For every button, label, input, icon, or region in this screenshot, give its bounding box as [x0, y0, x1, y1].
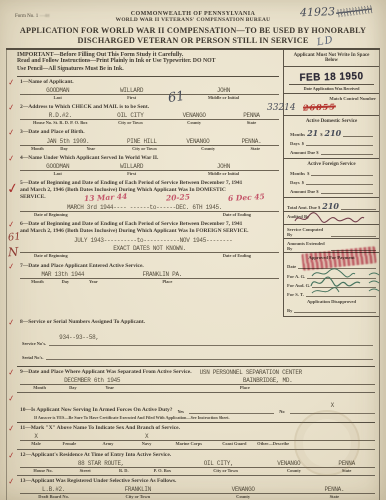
field-label: Male: [22, 441, 50, 447]
domestic-dates-value: MARCH 3rd 1944---- ------to------DEC. 6T…: [67, 204, 222, 211]
last-name-value: GOODMAN: [22, 87, 93, 94]
domestic-months-row: Months 21 $ 210: [287, 125, 376, 138]
section-title: 3—Date and Place of Birth.: [20, 129, 279, 136]
field-label: Date of Beginning: [34, 212, 68, 218]
birth-state-value: PENNA.: [226, 138, 277, 145]
domestic-service-header: Active Domestic Service: [287, 118, 376, 125]
field-label: Month: [22, 385, 57, 391]
dollar-sign: $: [302, 180, 304, 185]
field-label: Army: [89, 441, 128, 447]
birth-date-value: JAN 5th 1909.: [22, 138, 114, 145]
date-received-box: FEB 18 1950 Date Application Was Receive…: [284, 67, 379, 94]
service-number-value: 934--93--58,: [59, 334, 99, 341]
first-name-value: WILLARD: [93, 87, 170, 94]
field-label: Day: [57, 385, 89, 391]
serial-nos-label: Serial No's.: [22, 355, 43, 360]
no-write-notice: Applicant Must Not Write In Space Below: [284, 50, 379, 67]
field-label: Marine Corps: [166, 441, 212, 447]
handwritten-margin-61: 61: [7, 232, 21, 244]
by-label: By: [287, 308, 292, 313]
handwritten-margin-mark: N: [8, 245, 19, 260]
blank-line: [307, 273, 376, 279]
section-title: 4—Name Under Which Applicant Served In W…: [20, 155, 279, 162]
foreign-amount-row: Amount Due $: [287, 186, 376, 195]
field-label: City or Town: [106, 146, 183, 152]
draft-board-value: L.B.#2.: [22, 486, 85, 493]
field-label: P. O. Box: [141, 468, 183, 474]
audited-by-label: Audited By: [287, 214, 376, 220]
handwritten-initials: LD: [316, 34, 334, 48]
separation-line: DECEMBER 6th 1945 BAINBRIDGE, MD.: [20, 376, 375, 385]
entry-line: MAR 13th 1944 FRANKLIN PA.: [20, 270, 279, 279]
male-x-mark: X: [22, 433, 50, 440]
field-label: Middle or Initial: [170, 95, 277, 101]
for-aud-row: For Aud. G.: [284, 280, 379, 289]
red-checkmark: ✓: [7, 220, 15, 230]
match-control-box: 33214 Match Control Number 26855: [284, 94, 379, 116]
separation-date-value: DECEMBER 6th 1945: [22, 377, 162, 384]
amounts-extended-label: Amounts Extended By: [287, 241, 329, 251]
city-value: FRANKLIN: [85, 486, 190, 493]
section-title: 13—Applicant Was Registered Under Select…: [20, 478, 375, 485]
disapproved-header: Application Disapproved: [284, 298, 379, 305]
field-label: City or Town: [99, 120, 163, 126]
red-checkmark: ✓: [7, 153, 15, 163]
for-ag-label: For A. G.: [287, 274, 305, 279]
for-ag-row: For A. G.: [284, 271, 379, 280]
approved-for-payment-header: Approved For Payment: [284, 253, 379, 261]
field-label: Month: [22, 146, 53, 152]
crossed-out-scribble: [336, 5, 373, 17]
field-label: Date of Ending: [223, 212, 251, 218]
service-computed-row: Service Computed By: [284, 225, 379, 239]
section-3-birth: ✓ 3—Date and Place of Birth. JAN 5th 190…: [17, 127, 279, 152]
dollar-sign: $: [307, 171, 309, 176]
section-title: 10—Is Applicant Now Serving In Armed For…: [20, 407, 173, 414]
section-5-domestic-service: ✓ 5—Date of Beginning and Date of Ending…: [17, 178, 279, 219]
write-line: [46, 353, 373, 360]
section-7-entered-service: ✓ 7—Date and Place Applicant Entered Act…: [17, 261, 279, 286]
county-value: VENANGO: [190, 486, 295, 493]
red-checkmark: ✓: [7, 317, 15, 327]
yes-label: Yes: [178, 409, 184, 414]
birth-city-value: PINE HILL: [114, 138, 170, 145]
handwritten-match-number: 33214: [267, 103, 296, 113]
field-label: Coast Guard: [212, 441, 258, 447]
exact-dates-note: EXACT DATES NOT KNOWN.: [113, 245, 186, 252]
for-st-row: For S. T.: [284, 289, 379, 298]
first-name-value: WILLARD: [93, 163, 170, 170]
blank-line: [306, 291, 376, 297]
dollar-sign: $: [320, 132, 322, 137]
field-label: Year: [89, 385, 131, 391]
date-label: Date: [287, 264, 296, 269]
no-label: No: [279, 409, 284, 414]
section-title-line3: SERVICE.: [20, 194, 46, 201]
birth-county-value: VENANGO: [170, 138, 226, 145]
handwritten-note: 20-25: [166, 193, 190, 204]
blank-line: [321, 149, 373, 155]
field-label: Draft Board No.: [22, 494, 85, 500]
field-label: Female: [50, 441, 89, 447]
service-computed-label: Service Computed By: [287, 227, 329, 237]
field-label: State: [296, 494, 373, 500]
rule: [289, 84, 374, 85]
serial-numbers-line: Serial No's.: [20, 350, 375, 360]
months-label: Months: [290, 171, 305, 176]
no-x-mark: X: [331, 402, 334, 409]
name-line: GOODMAN WILLARD JOHN 61: [20, 86, 279, 95]
red-checkmark: ✓: [7, 476, 15, 486]
dollar-sign: $: [302, 141, 304, 146]
middle-name-value: JOHN: [170, 163, 277, 170]
domestic-service-box: Active Domestic Service Months 21 $ 210 …: [284, 116, 379, 159]
field-label: State: [226, 120, 277, 126]
blank-line: [321, 188, 373, 194]
months-value: 21: [307, 128, 318, 138]
county-value: VENANGO: [162, 112, 226, 119]
blank-line: [312, 282, 376, 288]
days-label: Days: [290, 180, 300, 185]
red-checkmark: ✓: [7, 450, 15, 460]
field-label: Last: [22, 171, 93, 177]
blank-line: [306, 140, 373, 146]
service-numbers-line: Service No's. 934--93--58,: [20, 326, 375, 346]
service-name-line: GOODMAN WILLARD JOHN: [20, 162, 279, 171]
section-title: 2—Address to Which CHECK and MAIL is to …: [20, 104, 279, 111]
birth-line: JAN 5th 1909. PINE HILL VENANGO PENNA.: [20, 137, 279, 146]
foreign-service-header: Active Foreign Service: [287, 161, 376, 168]
red-checkmark: ✓: [7, 103, 15, 113]
section-4-service-name: ✓ 4—Name Under Which Applicant Served In…: [17, 153, 279, 178]
field-label: Place: [109, 279, 226, 285]
field-label: City or Town: [183, 468, 267, 474]
crossed-out-number: 26855: [303, 102, 336, 113]
foreign-months-row: Months $: [287, 168, 376, 177]
separation-place-line2: BAINBRIDGE, MD.: [162, 377, 373, 384]
state-value: PENNA.: [296, 486, 373, 493]
foreign-service-box: Active Foreign Service Months $ Days $ A…: [284, 159, 379, 198]
separation-place-line1: USN PERSONNEL SEPARATION CENTER: [200, 369, 302, 376]
navy-x-mark: X: [127, 433, 166, 440]
draft-board-line: L.B.#2. FRANKLIN VENANGO PENNA.: [20, 485, 375, 494]
months-label: Months: [290, 132, 305, 137]
applicant-column: IMPORTANT—Before Filling Out This Form S…: [7, 50, 284, 316]
domestic-amount-row: Amount Due $: [287, 147, 376, 156]
section-title: 8—Service or Serial Numbers Assigned To …: [20, 319, 375, 326]
foreign-dates-value: JULY 1943----------to-----------NOV 1945…: [74, 237, 232, 244]
field-label: State: [234, 146, 277, 152]
field-label: Date of Ending: [223, 253, 251, 259]
for-aud-label: For Aud. G.: [287, 283, 310, 288]
field-label: First: [93, 95, 170, 101]
total-due-label: Total Amt. Due $: [287, 205, 320, 210]
field-label: County: [162, 120, 226, 126]
field-label: Last: [22, 95, 93, 101]
section-9-separation: ✓ 9—Date and Place Where Applicant Was S…: [17, 366, 375, 392]
section-8-serial-numbers: ✓ 8—Service or Serial Numbers Assigned T…: [17, 317, 375, 361]
amount-value: 210: [325, 128, 342, 138]
blank-line: [343, 131, 373, 137]
field-label: First: [93, 171, 170, 177]
domestic-days-row: Days $: [287, 138, 376, 147]
field-label: Year: [78, 279, 109, 285]
field-label: Street: [64, 468, 106, 474]
audited-by-row: Audited By: [284, 212, 379, 225]
entry-place-value: FRANKLIN PA.: [104, 271, 221, 278]
field-label: County: [183, 146, 234, 152]
street-value: 88 STAR ROUTE,: [22, 460, 180, 467]
form-print-code: —48: [39, 14, 49, 19]
city-value: OIL CITY,: [180, 460, 257, 467]
write-line: 934--93--58,: [49, 327, 373, 346]
field-label: House No. St. R. D. P. O. Box: [22, 120, 99, 126]
form-number: Form No. 1 —48: [15, 14, 49, 19]
field-label: Day: [53, 146, 76, 152]
blank-line: [311, 170, 373, 176]
date-received-label: Date Application Was Received: [287, 86, 376, 91]
exact-dates-line: EXACT DATES NOT KNOWN.: [20, 244, 279, 253]
disapproved-by-row: By: [284, 305, 379, 317]
date-received-stamp: FEB 18 1950: [289, 68, 374, 84]
red-checkmark: ✓: [7, 424, 15, 434]
field-label: Middle or Initial: [170, 171, 277, 177]
form-title-line1: APPLICATION FOR WORLD WAR II COMPENSATIO…: [0, 26, 386, 36]
red-checkmark: ✓: [7, 261, 15, 271]
office-use-column: Applicant Must Not Write In Space Below …: [284, 50, 379, 316]
yes-blank-line: [189, 407, 274, 414]
blank-line: [341, 204, 376, 210]
blank-line: [294, 307, 376, 313]
field-label: Day: [53, 279, 79, 285]
blank-line: [306, 179, 373, 185]
field-label: Year: [76, 146, 107, 152]
important-notice: IMPORTANT—Before Filling Out This Form S…: [17, 50, 279, 76]
section-title: 9—Date and Place Where Applicant Was Sep…: [20, 369, 192, 376]
total-due-row: Total Amt. Due $ 210: [284, 198, 379, 212]
days-label: Days: [290, 141, 300, 146]
red-checkmark: ✓: [7, 367, 15, 377]
section-1-name-of-applicant: ✓ 1—Name of Applicant. GOODMAN WILLARD J…: [17, 77, 279, 102]
form-header: Form No. 1 —48 41923 COMMONWEALTH OF PEN…: [0, 0, 386, 45]
field-label: County: [190, 494, 295, 500]
domestic-dates-line: MARCH 3rd 1944---- ------to------DEC. 6T…: [20, 203, 279, 212]
address-value: R.D.#2.: [22, 112, 99, 119]
section-title-line2: and March 2, 1946 (Both Dates Inclusive)…: [20, 228, 279, 235]
city-value: OIL CITY: [99, 112, 163, 119]
foreign-dates-line: JULY 1943----------to-----------NOV 1945…: [20, 235, 279, 244]
amount-due-label: Amount Due $: [290, 189, 319, 194]
entry-date-value: MAR 13th 1944: [22, 271, 104, 278]
field-label: Place: [131, 385, 359, 391]
field-label: Month: [22, 279, 53, 285]
last-name-value: GOODMAN: [22, 163, 93, 170]
field-label: Date of Beginning: [34, 253, 68, 259]
handwritten-serial-number: 41923: [300, 4, 372, 20]
total-due-value: 210: [322, 201, 339, 211]
field-label: R. D.: [106, 468, 141, 474]
amount-due-label: Amount Due $: [290, 150, 319, 155]
field-label: City or Town: [85, 494, 190, 500]
section-6-foreign-service: ✓ 61 N 6—Date of Beginning and Date of E…: [17, 219, 279, 260]
red-checkmark: ✓: [6, 180, 20, 198]
red-checkmark: ✓: [7, 77, 15, 87]
red-checkmark: ✓: [7, 394, 15, 404]
section-title: 7—Date and Place Applicant Entered Activ…: [20, 263, 279, 270]
section-title: 1—Name of Applicant.: [20, 79, 279, 86]
field-label: Navy: [127, 441, 166, 447]
field-label: House No.: [22, 468, 64, 474]
section-2-mailing-address: ✓ 2—Address to Which CHECK and MAIL is t…: [17, 102, 279, 127]
foreign-days-row: Days $: [287, 177, 376, 186]
for-st-label: For S. T.: [287, 292, 304, 297]
address-line: R.D.#2. OIL CITY VENANGO PENNA: [20, 111, 279, 120]
red-checkmark: ✓: [7, 128, 15, 138]
service-nos-label: Service No's.: [22, 341, 46, 346]
blank-line: [331, 231, 376, 237]
scanned-form-page: Form No. 1 —48 41923 COMMONWEALTH OF PEN…: [0, 0, 386, 500]
section-13-selective-service: ✓ 13—Applicant Was Registered Under Sele…: [17, 475, 375, 500]
middle-name-value: JOHN: [170, 87, 277, 94]
faint-embossed-seal: [294, 410, 360, 476]
